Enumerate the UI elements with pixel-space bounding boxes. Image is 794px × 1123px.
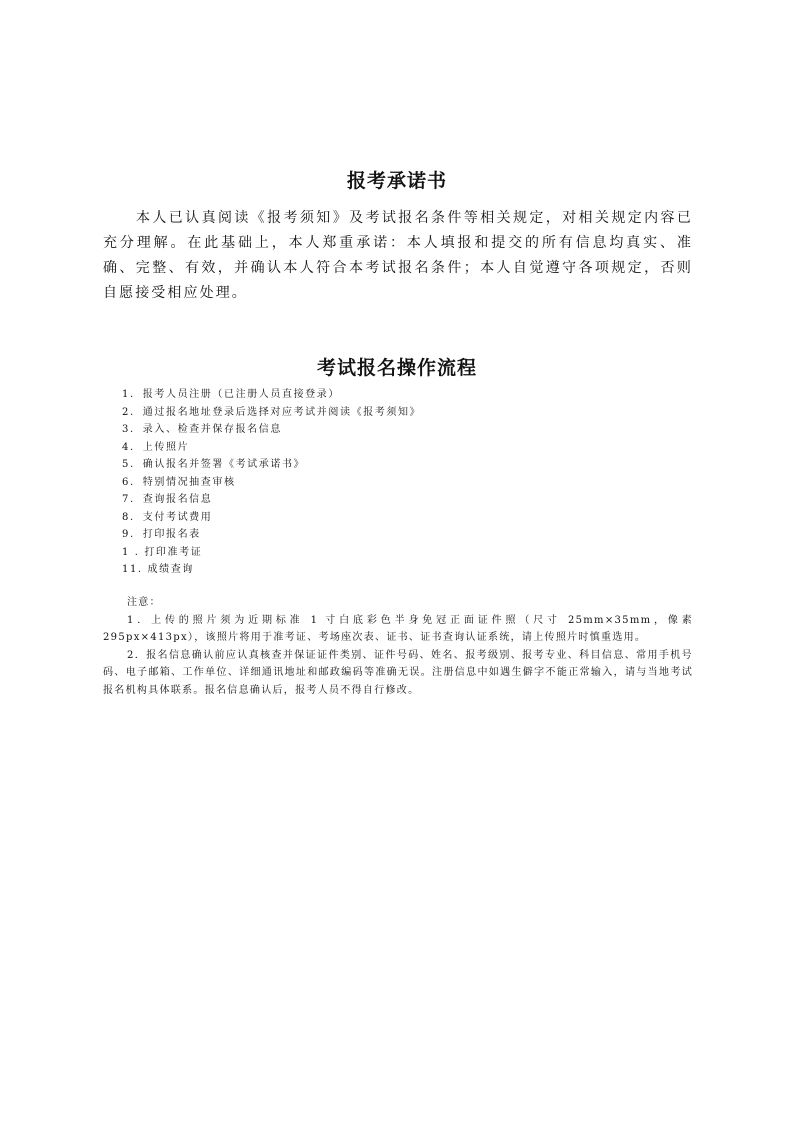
step-text: 报考人员注册（已注册人员直接登录）	[143, 389, 340, 400]
process-step: 7. 查询报名信息	[122, 491, 421, 509]
process-steps-list: 1. 报考人员注册（已注册人员直接登录） 2. 通过报名地址登录后选择对应考试并…	[122, 386, 421, 579]
pledge-body: 本人已认真阅读《报考须知》及考试报名条件等相关规定，对相关规定内容已充分理解。在…	[103, 206, 693, 306]
step-number: 1.	[122, 386, 138, 404]
step-text: 支付考试费用	[143, 512, 213, 523]
step-text: 查询报名信息	[143, 494, 213, 505]
process-step: 3. 录入、检查并保存报名信息	[122, 421, 421, 439]
process-step: 1. 报考人员注册（已注册人员直接登录）	[122, 386, 421, 404]
process-step: 11. 成绩查询	[122, 561, 421, 579]
step-text: 确认报名并签署《考试承诺书》	[143, 459, 305, 470]
step-text: 通过报名地址登录后选择对应考试并阅读《报考须知》	[143, 407, 421, 418]
step-text: 打印准考证	[144, 547, 202, 558]
process-step: 2. 通过报名地址登录后选择对应考试并阅读《报考须知》	[122, 404, 421, 422]
step-number: 8.	[122, 509, 138, 527]
process-step: 5. 确认报名并签署《考试承诺书》	[122, 456, 421, 474]
step-number: 2.	[122, 404, 138, 422]
step-number: 9.	[122, 526, 138, 544]
step-text: 特别情况抽查审核	[143, 477, 236, 488]
notes-section: 注意： 1．上传的照片须为近期标准 1 寸白底彩色半身免冠正面证件照（尺寸 25…	[103, 594, 693, 699]
step-number: 6.	[122, 474, 138, 492]
step-text: 成绩查询	[148, 564, 194, 575]
step-number: 1 .	[122, 544, 140, 562]
step-number: 4.	[122, 439, 138, 457]
document-page: 报考承诺书 本人已认真阅读《报考须知》及考试报名条件等相关规定，对相关规定内容已…	[0, 0, 794, 1123]
note-item: 2．报名信息确认前应认真核查并保证证件类别、证件号码、姓名、报考级别、报考专业、…	[103, 647, 693, 700]
step-number: 5.	[122, 456, 138, 474]
step-text: 打印报名表	[143, 529, 201, 540]
process-step: 4. 上传照片	[122, 439, 421, 457]
step-text: 录入、检查并保存报名信息	[143, 424, 282, 435]
step-number: 3.	[122, 421, 138, 439]
process-step: 1 . 打印准考证	[122, 544, 421, 562]
note-item: 1．上传的照片须为近期标准 1 寸白底彩色半身免冠正面证件照（尺寸 25mm×3…	[103, 612, 693, 647]
step-number: 7.	[122, 491, 138, 509]
process-step: 6. 特别情况抽查审核	[122, 474, 421, 492]
process-step: 8. 支付考试费用	[122, 509, 421, 527]
process-title: 考试报名操作流程	[0, 357, 794, 379]
notes-label: 注意：	[103, 594, 693, 612]
step-text: 上传照片	[143, 442, 189, 453]
process-step: 9. 打印报名表	[122, 526, 421, 544]
pledge-title: 报考承诺书	[0, 170, 794, 192]
step-number: 11.	[122, 561, 143, 579]
